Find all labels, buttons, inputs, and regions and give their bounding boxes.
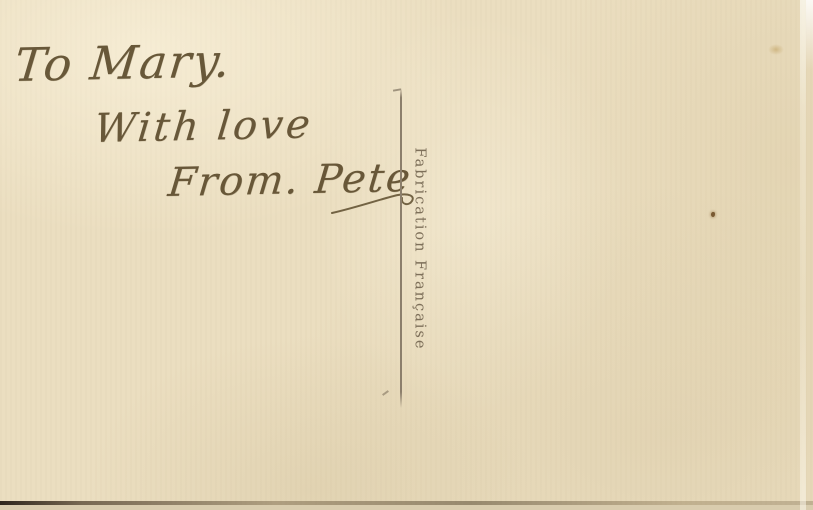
publisher-mark-text: Fabrication Française bbox=[411, 148, 427, 351]
inscription-line-with-love: With love bbox=[92, 101, 315, 152]
scan-edge-sliver bbox=[806, 0, 813, 70]
publisher-mark: Fabrication Française bbox=[388, 90, 450, 408]
ink-speck bbox=[711, 212, 715, 217]
postcard-back: To Mary. With love From. Pete Fabricatio… bbox=[0, 0, 813, 510]
card-right-edge-highlight bbox=[800, 0, 806, 510]
publisher-divider-line bbox=[400, 88, 402, 408]
ink-flourish bbox=[330, 183, 425, 223]
inscription-line-to-mary: To Mary. bbox=[12, 33, 234, 92]
stain-spot bbox=[768, 44, 784, 55]
small-pen-mark bbox=[382, 390, 389, 396]
scan-bottom-strip bbox=[0, 505, 813, 510]
